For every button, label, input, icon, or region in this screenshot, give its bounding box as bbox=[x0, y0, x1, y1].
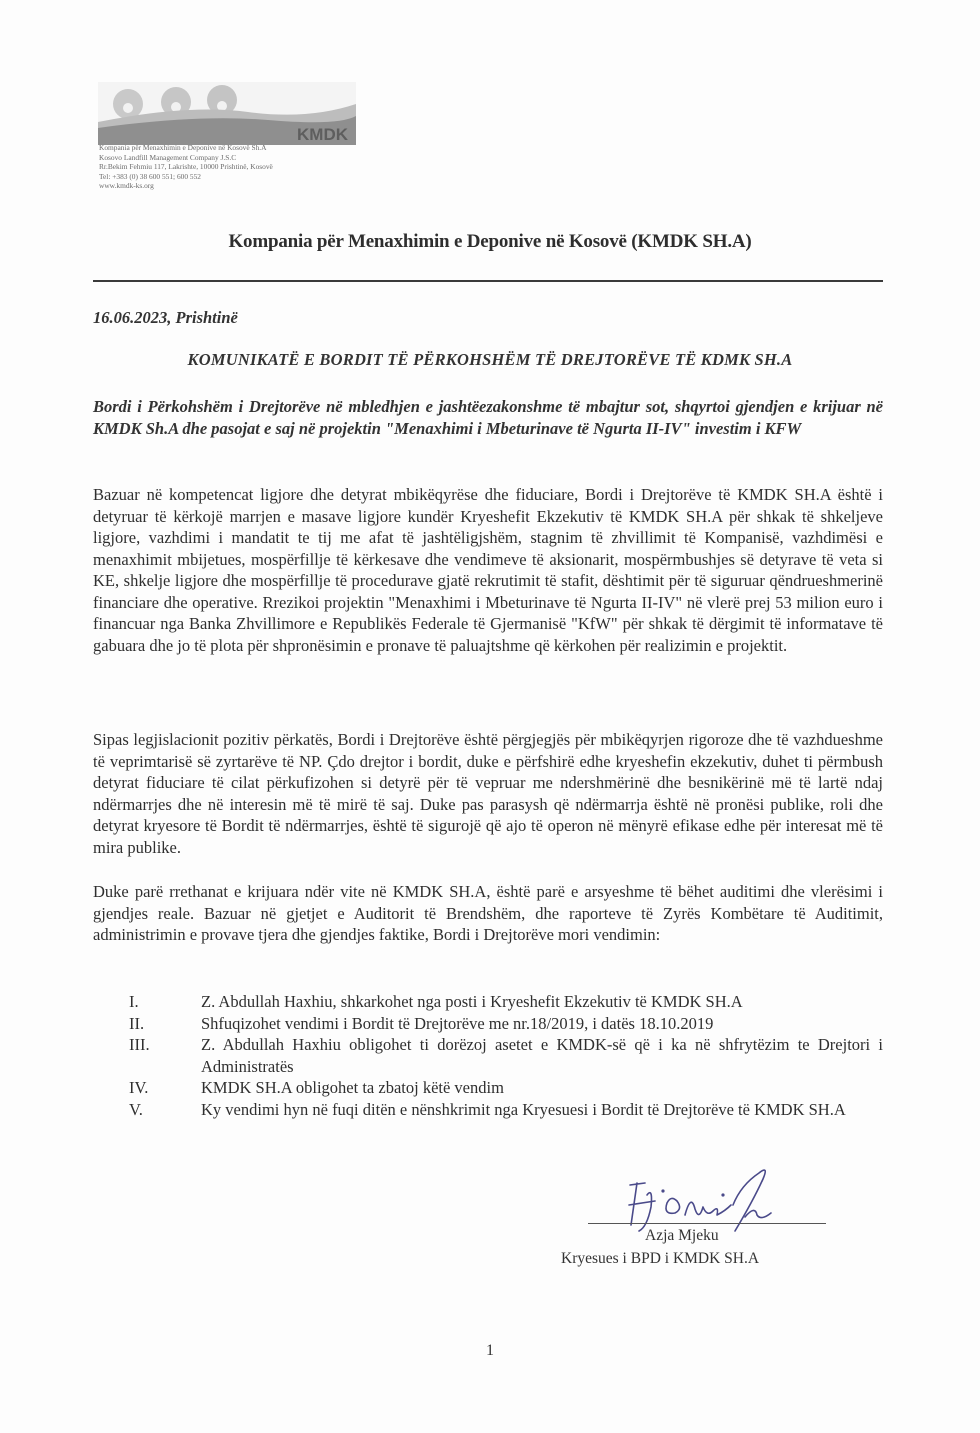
signer-name: Azja Mjeku bbox=[645, 1227, 719, 1245]
svg-text:KMDK: KMDK bbox=[297, 125, 349, 144]
decision-text: KMDK SH.A obligohet ta zbatoj këtë vendi… bbox=[201, 1077, 883, 1099]
decision-number: V. bbox=[93, 1099, 201, 1121]
decisions-list: I. Z. Abdullah Haxhiu, shkarkohet nga po… bbox=[93, 991, 883, 1120]
page-number: 1 bbox=[0, 1342, 980, 1360]
handwritten-signature-icon bbox=[585, 1165, 835, 1235]
decision-number: III. bbox=[93, 1034, 201, 1077]
body-paragraph-1: Bazuar në kompetencat ligjore dhe detyra… bbox=[93, 484, 883, 656]
decision-item: II. Shfuqizohet vendimi i Bordit të Drej… bbox=[93, 1013, 883, 1035]
decision-text: Shfuqizohet vendimi i Bordit të Drejtorë… bbox=[201, 1013, 883, 1035]
body-paragraph-3: Duke parë rrethanat e krijuara ndër vite… bbox=[93, 881, 883, 946]
letterhead-line: Tel: +383 (0) 38 600 551; 600 552 bbox=[99, 172, 369, 182]
signature-line bbox=[588, 1223, 826, 1224]
decision-item: I. Z. Abdullah Haxhiu, shkarkohet nga po… bbox=[93, 991, 883, 1013]
decision-text: Z. Abdullah Haxhiu obligohet ti dorëzoj … bbox=[201, 1034, 883, 1077]
kmdk-logo-icon: KMDK bbox=[98, 82, 356, 145]
decision-item: III. Z. Abdullah Haxhiu obligohet ti dor… bbox=[93, 1034, 883, 1077]
letterhead-website: www.kmdk-ks.org bbox=[99, 181, 369, 191]
document-heading: KOMUNIKATË E BORDIT TË PËRKOHSHËM TË DRE… bbox=[0, 350, 980, 370]
decision-item: V. Ky vendimi hyn në fuqi ditën e nënshk… bbox=[93, 1099, 883, 1121]
decision-text: Z. Abdullah Haxhiu, shkarkohet nga posti… bbox=[201, 991, 883, 1013]
company-title: Kompania për Menaxhimin e Deponive në Ko… bbox=[0, 231, 980, 253]
header-divider bbox=[93, 280, 883, 282]
summary-paragraph: Bordi i Përkohshëm i Drejtorëve në mbled… bbox=[93, 396, 883, 439]
decision-number: I. bbox=[93, 991, 201, 1013]
date-place: 16.06.2023, Prishtinë bbox=[93, 308, 238, 328]
letterhead-line: Kosovo Landfill Management Company J.S.C bbox=[99, 153, 369, 163]
signer-role: Kryesues i BPD i KMDK SH.A bbox=[561, 1250, 759, 1268]
document-page: KMDK Kompania për Menaxhimin e Deponive … bbox=[0, 0, 980, 1433]
decision-text: Ky vendimi hyn në fuqi ditën e nënshkrim… bbox=[201, 1099, 883, 1121]
decision-item: IV. KMDK SH.A obligohet ta zbatoj këtë v… bbox=[93, 1077, 883, 1099]
letterhead-line: Kompania për Menaxhimin e Deponive në Ko… bbox=[99, 143, 369, 153]
letterhead-line: Rr.Bekim Fehmiu 117, Lakrishte, 10000 Pr… bbox=[99, 162, 369, 172]
decision-number: IV. bbox=[93, 1077, 201, 1099]
body-paragraph-2: Sipas legjislacionit pozitiv përkatës, B… bbox=[93, 729, 883, 858]
letterhead-contact-info: Kompania për Menaxhimin e Deponive në Ko… bbox=[99, 143, 369, 191]
decision-number: II. bbox=[93, 1013, 201, 1035]
